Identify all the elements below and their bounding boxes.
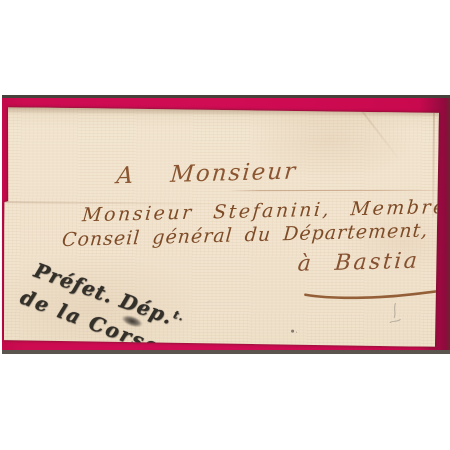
address-destination: à Bastia <box>297 249 421 277</box>
fold-crease-diagonal <box>357 105 401 162</box>
handstamp-line1-superscript: t. <box>172 308 187 324</box>
letter-cover: A Monsieur Monsieur Stefanini, Membre du… <box>3 107 439 347</box>
mat-frame: A Monsieur Monsieur Stefanini, Membre du… <box>2 95 450 354</box>
ink-speck <box>291 330 294 333</box>
ink-hairline <box>228 190 442 191</box>
pencil-mark <box>387 302 403 328</box>
photo-backdrop: { "photo": { "backdrop_color": "#ffffff"… <box>0 0 450 450</box>
handstamp: Préfet. Dép.t. de la Corse <box>2 253 176 372</box>
letter-shadow: A Monsieur Monsieur Stefanini, Membre du… <box>2 98 450 350</box>
underline-flourish-stroke <box>303 286 450 303</box>
address-salutation: A Monsieur <box>115 158 298 189</box>
